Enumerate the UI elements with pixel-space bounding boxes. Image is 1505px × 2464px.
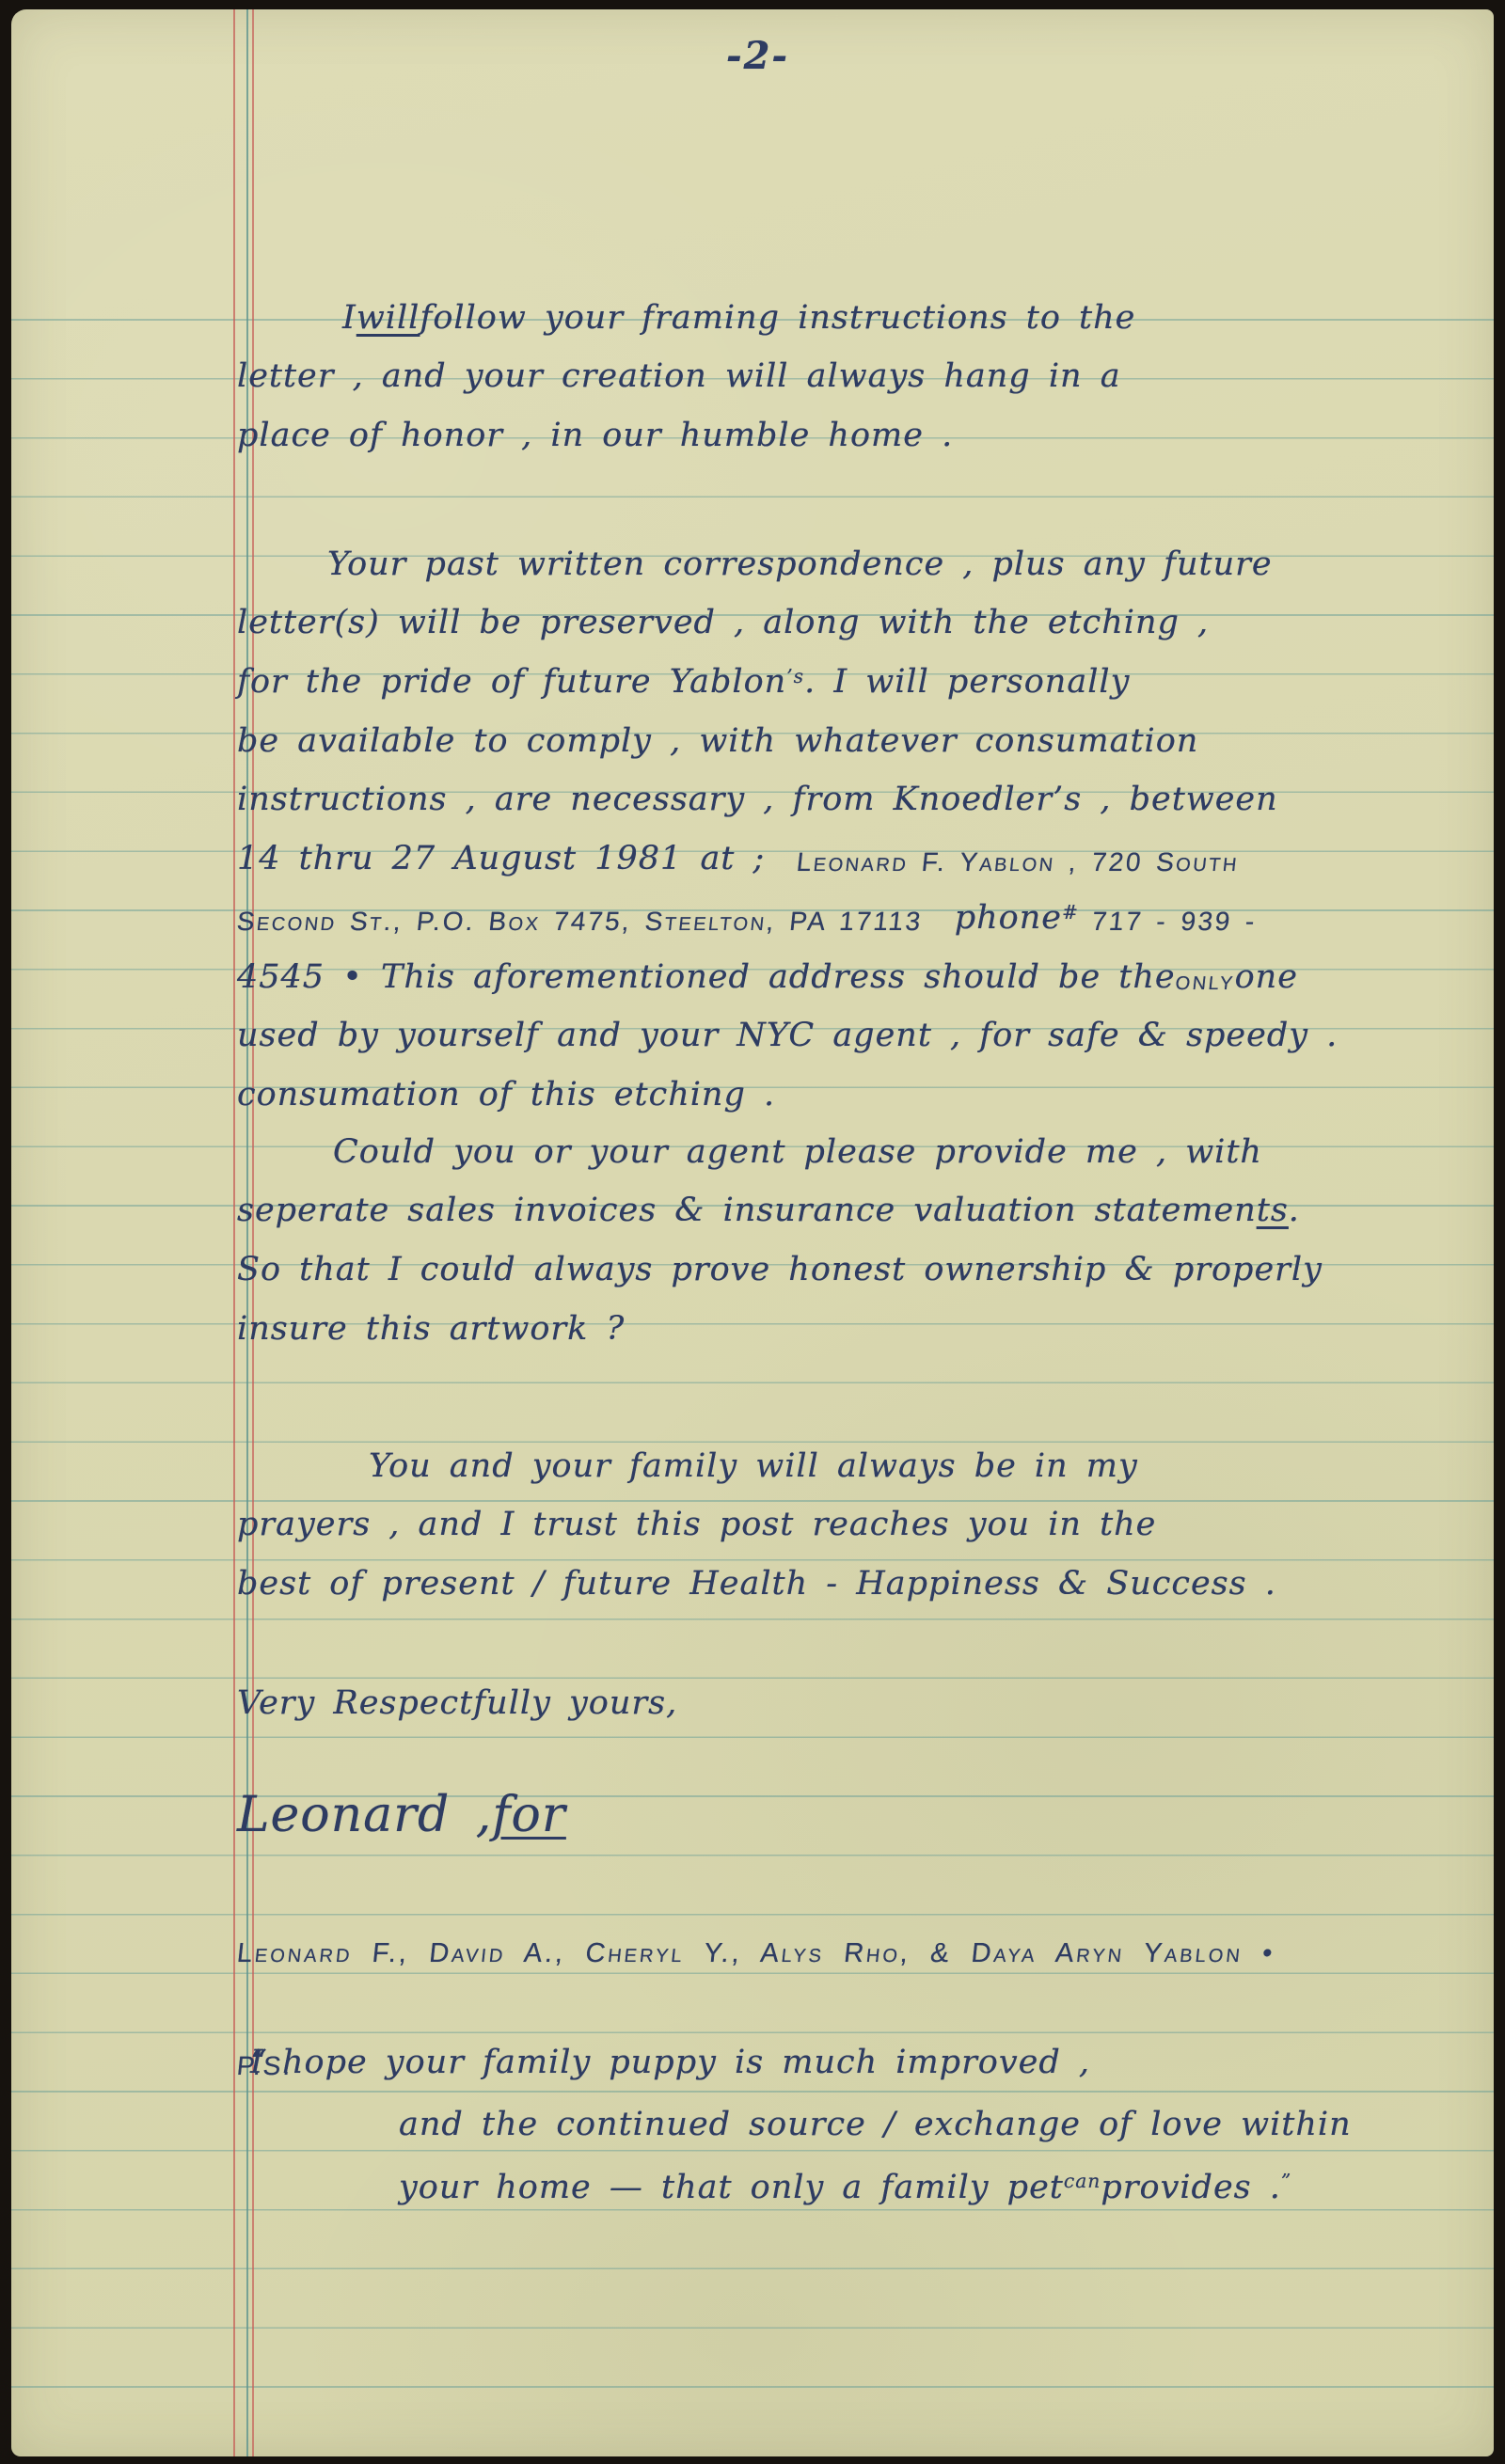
handwritten-line: and the continued source / exchange of l… <box>237 2079 1488 2142</box>
superscript-insert: can <box>1064 2172 1101 2190</box>
printed-caps-address: Second St., P.O. Box 7475, Steelton, PA … <box>236 908 925 935</box>
handwritten-line: So that I could always prove honest owne… <box>237 1227 1488 1287</box>
handwritten-line: place of honor , in our humble home . <box>237 393 1488 452</box>
scanned-letter-screenshot: { "document": { "kind": "handwritten let… <box>0 0 1505 2464</box>
handwritten-line: best of present / future Health - Happin… <box>237 1541 1488 1601</box>
paragraph-4: You and your family will always be in my… <box>237 1424 1488 1601</box>
letter-page: -2- I will follow your framing instructi… <box>11 9 1494 2456</box>
handwritten-line: Very Respectfully yours, <box>237 1661 1488 1720</box>
handwritten-line: used by yourself and your NYC agent , fo… <box>237 994 1488 1053</box>
handwritten-line: insure this artwork ? <box>237 1287 1488 1346</box>
handwritten-line: Your past written correspondence , plus … <box>237 522 1488 581</box>
handwritten-line: 4545 • This aforementioned address shoul… <box>237 935 1488 994</box>
underlined-word: will <box>356 302 420 335</box>
superscript: ’s <box>786 667 804 686</box>
handwritten-line: letter , and your creation will always h… <box>237 335 1488 394</box>
closing-line: Very Respectfully yours, <box>237 1661 1488 1720</box>
handwritten-line: P.S.“ I hope your family puppy is much i… <box>237 2016 1488 2079</box>
handwritten-line-address: 14 thru 27 August 1981 at ;Leonard F. Ya… <box>237 816 1488 876</box>
handwritten-line: your home — that only a family pet can p… <box>237 2141 1488 2204</box>
closing-quote: ” <box>1281 2172 1291 2190</box>
printed-caps-names: Leonard F., David A., Cheryl Y., Alys Rh… <box>237 1905 1488 1967</box>
underlined-letters: ts <box>1257 1194 1289 1227</box>
paragraph-2: Your past written correspondence , plus … <box>237 522 1488 1112</box>
printed-caps-name: Leonard F. Yablon , 720 South <box>796 849 1241 876</box>
handwritten-line: seperate sales invoices & insurance valu… <box>237 1169 1488 1228</box>
handwritten-line: instructions , are necessary , from Knoe… <box>237 758 1488 817</box>
signature: Leonard , for <box>237 1764 1488 1840</box>
handwritten-line: prayers , and I trust this post reaches … <box>237 1483 1488 1542</box>
page-number: -2- <box>726 34 789 78</box>
handwritten-line: You and your family will always be in my <box>237 1424 1488 1483</box>
underlined-word: for <box>492 1791 565 1840</box>
signature-line: Leonard , for <box>237 1764 1488 1840</box>
postscript: P.S.“ I hope your family puppy is much i… <box>237 2016 1488 2204</box>
printed-caps-word: only <box>1174 968 1236 994</box>
paragraph-1: I will follow your framing instructions … <box>237 276 1488 452</box>
handwritten-line: letter(s) will be preserved , along with… <box>237 581 1488 640</box>
handwritten-line: for the pride of future Yablon’s . I wil… <box>237 640 1488 699</box>
handwritten-line: consumation of this etching . <box>237 1052 1488 1112</box>
family-names-line: Leonard F., David A., Cheryl Y., Alys Rh… <box>237 1905 1488 1967</box>
handwritten-line: I will follow your framing instructions … <box>237 276 1488 335</box>
handwritten-line: Could you or your agent please provide m… <box>237 1110 1488 1169</box>
handwritten-line: be available to comply , with whatever c… <box>237 699 1488 758</box>
margin-line-red-left <box>233 9 235 2456</box>
superscript: # <box>1062 903 1079 922</box>
handwritten-line-address: Second St., P.O. Box 7475, Steelton, PA … <box>237 876 1488 935</box>
paragraph-3: Could you or your agent please provide m… <box>237 1110 1488 1346</box>
printed-caps-phone: 717 - 939 - <box>1091 908 1259 935</box>
